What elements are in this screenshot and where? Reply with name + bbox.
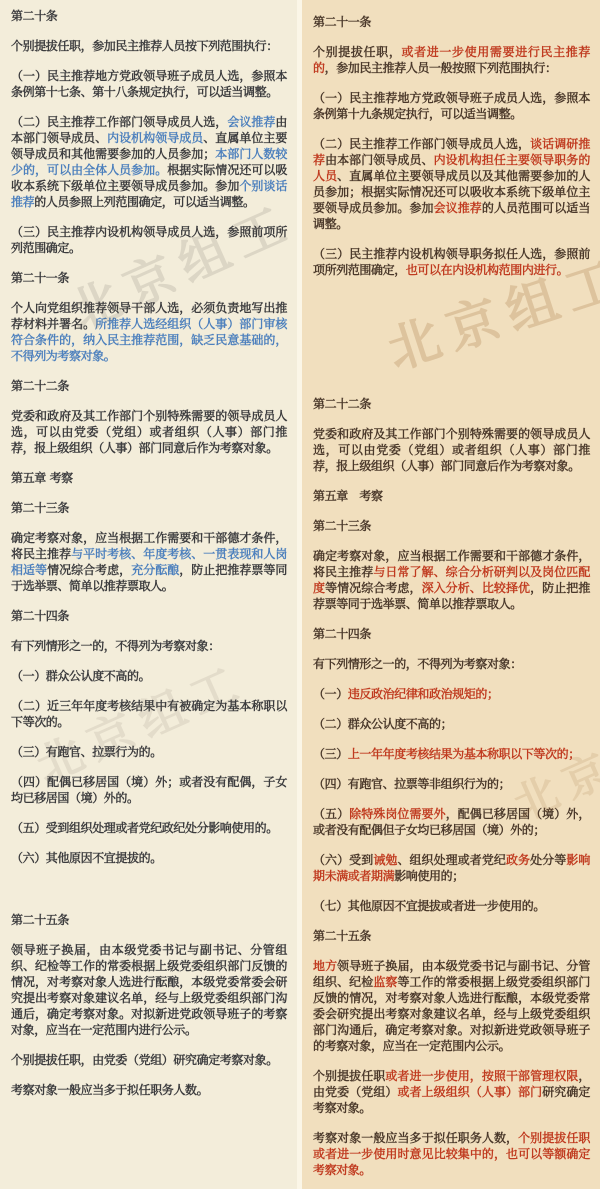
body-text: （一）民主推荐地方党政领导班子成员人选，参照本条例第十九条规定执行，可以适当调整… — [313, 91, 590, 121]
paragraph: 考察对象一般应当多于拟任职务人数。 — [11, 1082, 287, 1098]
changed-text: 深入分析、比较择优 — [422, 581, 531, 595]
body-text: （三）有跑官、拉票行为的。 — [11, 745, 162, 759]
body-text: 第五章 考察 — [313, 489, 383, 503]
body-text: （五）受到组织处理或者党纪政纪处分影响使用的。 — [11, 821, 278, 835]
body-text: （四）有跑官、拉票等非组织行为的； — [313, 777, 510, 791]
body-text: 第二十一条 — [11, 271, 69, 285]
paragraph: 党委和政府及其工作部门个别特殊需要的领导成员人选，可以由党委（党组）或者组织（人… — [11, 408, 287, 456]
body-text: （六）受到 — [313, 853, 373, 867]
article-heading: 第二十四条 — [11, 608, 287, 624]
article-heading: 第二十五条 — [11, 912, 287, 928]
paragraph: 确定考察对象，应当根据工作需要和干部德才条件，将民主推荐与平时考核、年度考核、一… — [11, 530, 287, 594]
changed-text: 政务 — [506, 853, 530, 867]
body-text: ，参加民主推荐人员一般按照下列范围执行： — [325, 61, 557, 75]
body-text: （三）民主推荐内设机构领导成员人选，参照前项所列范围确定。 — [11, 225, 287, 255]
paragraph: （二）近三年年度考核结果中有被确定为基本称职以下等次的。 — [11, 698, 287, 730]
body-text: 个别提拔任职， — [313, 45, 401, 59]
paragraph: 确定考察对象，应当根据工作需要和干部德才条件，将民主推荐与日常了解、综合分析研判… — [313, 548, 590, 612]
paragraph: （六）受到诫勉、组织处理或者党纪政务处分等影响期未满或者期满影响使用的； — [313, 852, 590, 884]
body-text: 领导班子换届，由本级党委书记与副书记、分管组织、纪检等工作的常委根据上级党委组织… — [11, 943, 287, 1037]
body-text: 等情况综合考虑， — [325, 581, 422, 595]
paragraph: 个别提拔任职，参加民主推荐人员按下列范围执行： — [11, 38, 287, 54]
paragraph: 地方领导班子换届，由本级党委书记与副书记、分管组织、纪检监察等工作的常委根据上级… — [313, 958, 590, 1054]
changed-text: 诫勉 — [373, 853, 397, 867]
article-heading: 第二十五条 — [313, 928, 590, 944]
article-heading: 第二十二条 — [313, 396, 590, 412]
new-version-column: 第二十一条个别提拔任职，或者进一步使用需要进行民主推荐的，参加民主推荐人员一般按… — [302, 0, 600, 1189]
body-text: 处分等 — [530, 853, 566, 867]
body-text: 由本部门领导成员、 — [325, 153, 434, 167]
body-text: 第二十四条 — [313, 627, 371, 641]
body-text: 有下列情形之一的，不得列为考察对象： — [313, 657, 522, 671]
paragraph: 领导班子换届，由本级党委书记与副书记、分管组织、纪检等工作的常委根据上级党委组织… — [11, 942, 287, 1038]
body-text: （四）配偶已移居国（境）外；或者没有配偶，子女均已移居国（境）外的。 — [11, 775, 287, 805]
body-text: 考察对象一般应当多于拟任职务人数， — [313, 1131, 518, 1145]
body-text: 党委和政府及其工作部门个别特殊需要的领导成员人选，可以由党委（党组）或者组织（人… — [11, 409, 287, 455]
paragraph: （五）除特殊岗位需要外，配偶已移居国（境）外，或者没有配偶但子女均已移居国（境）… — [313, 806, 590, 838]
paragraph: （一）群众公认度不高的。 — [11, 668, 287, 684]
paragraph: 有下列情形之一的，不得列为考察对象： — [313, 656, 590, 672]
body-text: 、组织处理或者党纪 — [397, 853, 506, 867]
article-heading: 第二十一条 — [313, 14, 590, 30]
paragraph: 个别提拔任职，由党委（党组）研究确定考察对象。 — [11, 1052, 287, 1068]
changed-text: 充分酝酿 — [131, 563, 179, 577]
body-text: 第二十条 — [11, 9, 57, 23]
body-text: 个别提拔任职 — [313, 1069, 385, 1083]
paragraph: 有下列情形之一的，不得列为考察对象： — [11, 638, 287, 654]
body-text: （五） — [313, 807, 349, 821]
body-text: 党委和政府及其工作部门个别特殊需要的领导成员人选，可以由党委（党组）或者组织（人… — [313, 427, 590, 473]
body-text: （一）群众公认度不高的。 — [11, 669, 150, 683]
paragraph: （四）配偶已移居国（境）外；或者没有配偶，子女均已移居国（境）外的。 — [11, 774, 287, 806]
body-text: 第二十五条 — [11, 913, 69, 927]
regulation-comparison-page: 第二十条个别提拔任职，参加民主推荐人员按下列范围执行：（一）民主推荐地方党政领导… — [0, 0, 600, 1189]
body-text: 第二十二条 — [313, 397, 371, 411]
paragraph: （三）有跑官、拉票行为的。 — [11, 744, 287, 760]
body-text: 的人员参照上列范围确定，可以适当调整。 — [34, 195, 254, 209]
body-text: 情况综合考虑， — [47, 563, 131, 577]
paragraph: （三）民主推荐内设机构领导成员人选，参照前项所列范围确定。 — [11, 224, 287, 256]
article-heading: 第二十一条 — [11, 270, 287, 286]
body-text: 第二十一条 — [313, 15, 371, 29]
body-text: （一）民主推荐地方党政领导班子成员人选，参照本条例第十七条、第十八条规定执行，可… — [11, 69, 287, 99]
body-text: （二）近三年年度考核结果中有被确定为基本称职以下等次的。 — [11, 699, 287, 729]
body-text: （二）群众公认度不高的； — [313, 717, 452, 731]
changed-text: 会议推荐 — [434, 201, 482, 215]
body-text: （一） — [313, 687, 348, 701]
body-text: 有下列情形之一的，不得列为考察对象： — [11, 639, 220, 653]
paragraph: 个别提拔任职或者进一步使用，按照干部管理权限，由党委（党组）或者上级组织（人事）… — [313, 1068, 590, 1116]
changed-text: 违反政治纪律和政治规矩的； — [348, 687, 499, 701]
paragraph: （二）民主推荐工作部门领导成员人选，谈话调研推荐由本部门领导成员、内设机构担任主… — [313, 136, 590, 232]
paragraph: （一）民主推荐地方党政领导班子成员人选，参照本条例第十九条规定执行，可以适当调整… — [313, 90, 590, 122]
paragraph: （二）民主推荐工作部门领导成员人选，会议推荐由本部门领导成员、内设机构领导成员、… — [11, 114, 287, 210]
paragraph: （一）民主推荐地方党政领导班子成员人选，参照本条例第十七条、第十八条规定执行，可… — [11, 68, 287, 100]
changed-text: 除特殊岗位需要外 — [349, 807, 446, 821]
article-heading: 第二十三条 — [11, 500, 287, 516]
body-text: （七）其他原因不宜提拔或者进一步使用的。 — [313, 899, 545, 913]
body-text: （二）民主推荐工作部门领导成员人选， — [313, 137, 530, 151]
body-text: 第二十二条 — [11, 379, 69, 393]
changed-text: 内设机构领导成员 — [107, 131, 203, 145]
paragraph: 个人向党组织推荐领导干部人选，必须负责地写出推荐材料并署名。所推荐人选经组织（人… — [11, 300, 287, 364]
changed-text: 地方 — [313, 959, 337, 973]
changed-text: 会议推荐 — [227, 115, 275, 129]
body-text: （三） — [313, 747, 348, 761]
paragraph: （六）其他原因不宜提拔的。 — [11, 850, 287, 866]
paragraph: 考察对象一般应当多于拟任职务人数，个别提拔任职或者进一步使用时意见比较集中的，也… — [313, 1130, 590, 1178]
body-text: 个别提拔任职，由党委（党组）研究确定考察对象。 — [11, 1053, 278, 1067]
paragraph: （七）其他原因不宜提拔或者进一步使用的。 — [313, 898, 590, 914]
body-text: （六）其他原因不宜提拔的。 — [11, 851, 162, 865]
body-text: 第二十三条 — [313, 519, 371, 533]
paragraph: （一）违反政治纪律和政治规矩的； — [313, 686, 590, 702]
changed-text: 或者进一步使用，按照干部管理权限 — [385, 1069, 578, 1083]
article-heading: 第五章 考察 — [11, 470, 287, 486]
body-text: （二）民主推荐工作部门领导成员人选， — [11, 115, 227, 129]
body-text: 第二十四条 — [11, 609, 69, 623]
changed-text: 也可以在内设机构范围内进行。 — [406, 263, 568, 277]
article-heading: 第五章 考察 — [313, 488, 590, 504]
body-text: 第二十五条 — [313, 929, 371, 943]
article-heading: 第二十四条 — [313, 626, 590, 642]
article-heading: 第二十三条 — [313, 518, 590, 534]
article-heading: 第二十条 — [11, 8, 287, 24]
old-version-column: 第二十条个别提拔任职，参加民主推荐人员按下列范围执行：（一）民主推荐地方党政领导… — [0, 0, 297, 1189]
paragraph: 个别提拔任职，或者进一步使用需要进行民主推荐的，参加民主推荐人员一般按照下列范围… — [313, 44, 590, 76]
changed-text: 或者上级组织（人事）部门 — [397, 1085, 542, 1099]
changed-text: 上一年年度考核结果为基本称职以下等次的； — [348, 747, 580, 761]
paragraph: （三）上一年年度考核结果为基本称职以下等次的； — [313, 746, 590, 762]
body-text: 个别提拔任职，参加民主推荐人员按下列范围执行： — [11, 39, 278, 53]
paragraph: （五）受到组织处理或者党纪政纪处分影响使用的。 — [11, 820, 287, 836]
changed-text: 监察 — [373, 975, 397, 989]
paragraph: 党委和政府及其工作部门个别特殊需要的领导成员人选，可以由党委（党组）或者组织（人… — [313, 426, 590, 474]
body-text: 第五章 考察 — [11, 471, 73, 485]
body-text: 影响使用的； — [394, 869, 464, 883]
article-heading: 第二十二条 — [11, 378, 287, 394]
paragraph: （四）有跑官、拉票等非组织行为的； — [313, 776, 590, 792]
body-text: 第二十三条 — [11, 501, 69, 515]
body-text: 考察对象一般应当多于拟任职务人数。 — [11, 1083, 208, 1097]
paragraph: （二）群众公认度不高的； — [313, 716, 590, 732]
paragraph: （三）民主推荐内设机构领导职务拟任人选，参照前项所列范围确定，也可以在内设机构范… — [313, 246, 590, 278]
